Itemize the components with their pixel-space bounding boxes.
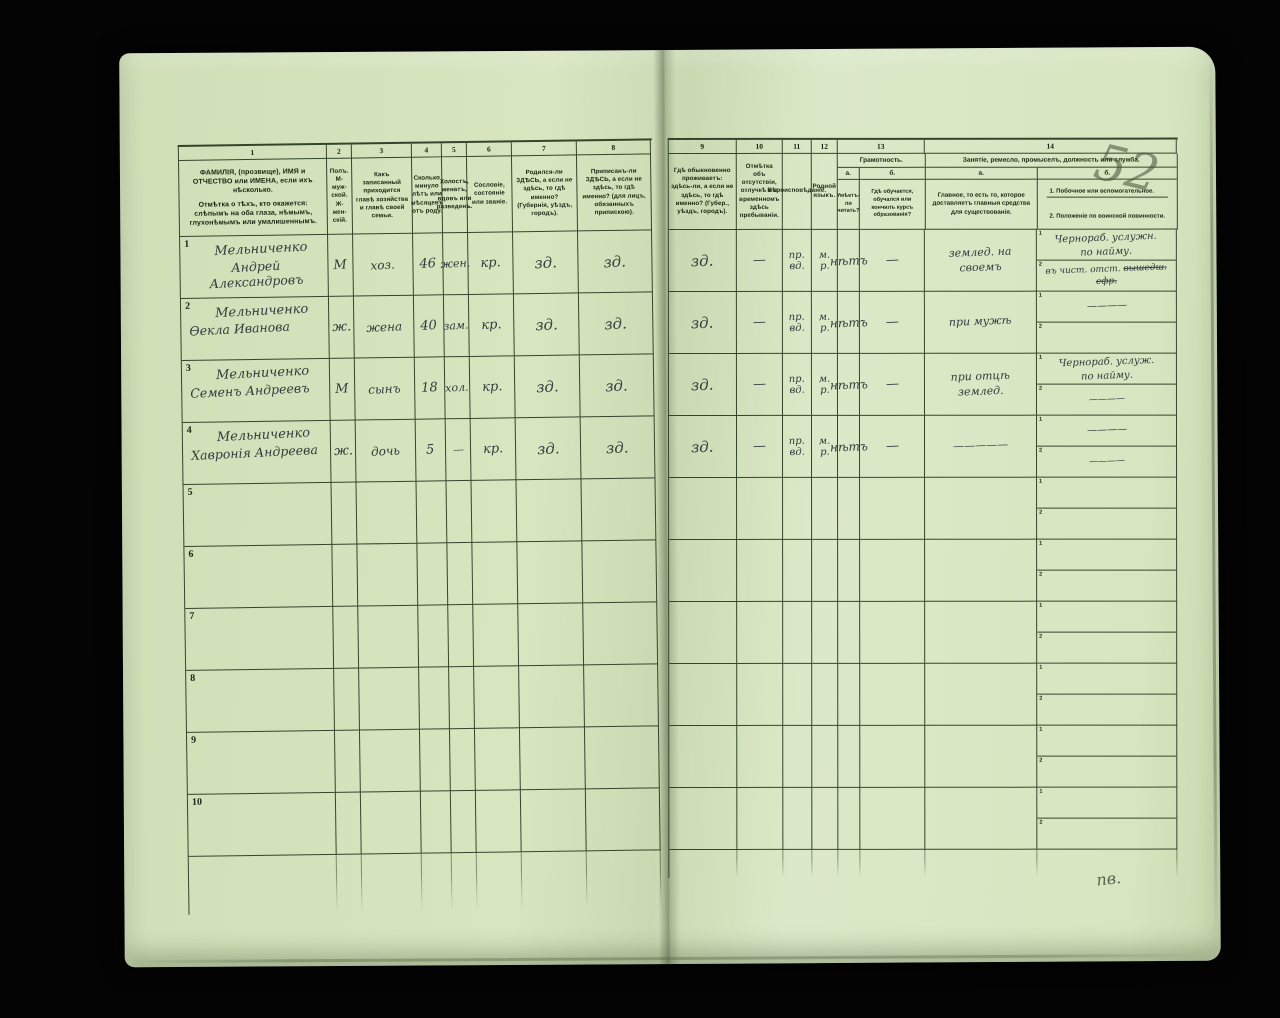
military-status-entry: ———— [1088,455,1124,468]
registration-cell: зд. [579,292,654,355]
pencil-annotation-bottom: пв. [1095,868,1122,890]
birthplace-cell: зд. [513,231,579,294]
registration-entry: зд. [606,438,629,457]
side-occupation-group: 1Чернораб. услужн. по найму. 2въ чист. о… [1037,230,1177,292]
name-cell: 6 [184,545,333,609]
col-number: 2 [327,145,352,159]
military-status-entry: ———— [1088,393,1124,406]
name-cell: 5 [184,483,333,547]
residence-cell [669,726,737,788]
relation-cell: дочь [356,420,417,483]
school-cell: — [860,230,925,292]
table-row: 12 [669,664,1178,726]
relation-entry: жена [366,319,402,335]
givenname-entry: Ѳекла Иванова [189,319,290,339]
sub-number-1: 1 [1039,789,1042,795]
military-status-part1: въ чист. отст. [1045,264,1120,277]
name-cell: 10 [188,793,337,857]
language-cell [812,540,838,602]
reads-cell [838,540,860,602]
religion-cell: пр. вд. [783,292,812,354]
absence-cell: — [737,354,783,416]
sub-number-1: 1 [1039,541,1042,547]
estate-cell [476,790,522,853]
sex-cell: ж. [331,421,357,483]
row-number: 8 [190,673,195,684]
sub-number-2: 2 [1039,386,1042,392]
residence-entry: зд. [691,437,714,456]
sex-cell [333,607,359,669]
table-row: 7 [185,602,659,671]
school-cell [860,726,925,788]
language-cell [812,602,838,664]
estate-cell [473,604,519,667]
table-row: 2МельниченкоѲекла Иванова ж. жена 40 зам… [181,292,655,361]
givenname-entry: Хавронія Андреева [191,442,318,463]
school-cell [860,540,925,602]
sub-number-1: 1 [1039,231,1042,237]
sex-cell: ж. [329,297,355,359]
sex-entry: ж. [332,319,352,335]
religion-cell [783,602,812,664]
residence-cell [669,664,737,726]
table-row: 10 [188,788,662,857]
main-occupation-cell: при мужѣ [925,292,1037,354]
age-cell: 18 [415,357,446,419]
row-number: 9 [191,735,196,746]
religion-entry: пр. вд. [789,435,806,458]
reads-cell: нѣтъ [838,292,860,354]
residence-entry: зд. [691,313,714,332]
military-status-cell: 2———— [1037,446,1176,477]
marital-entry: зам. [443,319,469,333]
col-number: 10 [737,140,783,154]
estate-entry: кр. [480,255,501,271]
birthplace-entry: зд. [536,377,559,396]
absence-cell: — [737,230,783,292]
marital-cell [450,729,476,791]
census-book-spread: 1 2 3 4 5 6 7 8 ФАМИЛІЯ, (прозвище), ИМЯ… [119,47,1221,968]
table-row: 5 [184,478,658,547]
col-number: 5 [442,143,467,157]
residence-entry: зд. [691,375,714,394]
relation-cell [360,730,421,793]
registration-entry: зд. [605,376,628,395]
residence-cell: зд. [669,354,737,416]
sub-number-1: 1 [1039,355,1042,361]
side-occupation-entry: ———— [1086,423,1126,438]
school-cell [860,664,925,726]
age-entry: 18 [421,380,438,396]
side-occupation-group: 12 [1037,478,1177,540]
relation-cell: сынъ [355,358,416,421]
marital-cell: жен. [443,233,469,295]
absence-cell [737,726,783,788]
marital-cell [447,543,473,605]
sub-number-2: 2 [1039,510,1042,516]
occupation-a-label: а. [926,168,1038,180]
estate-cell: кр. [471,418,517,481]
side-occupation-cell: 1 [1037,664,1176,694]
marital-cell [451,791,477,853]
relation-entry: хоз. [370,257,395,272]
table-row: зд. — пр. вд. м. р. нѣтъ — землед. на св… [669,230,1178,292]
col-number: 3 [352,144,412,159]
relation-cell [359,668,420,731]
age-cell: 5 [416,419,447,481]
sex-cell [335,731,361,793]
school-cell [860,602,925,664]
table-row: зд. — пр. вд. м. р. нѣтъ — ————— 1———— 2… [669,416,1178,478]
row-number: 10 [192,797,202,808]
estate-entry: кр. [483,441,504,457]
sub-number-1: 1 [1039,603,1042,609]
table-row: зд. — пр. вд. м. р. нѣтъ — при отцѣ земл… [669,354,1178,416]
language-cell [812,664,838,726]
side-occupation-cell: 1———— [1037,292,1176,322]
relation-entry: дочь [371,443,400,458]
main-occupation-cell [925,478,1037,540]
main-occupation-entry: ————— [953,438,1008,455]
school-entry: — [885,315,899,330]
residence-cell: зд. [669,230,737,292]
birthplace-cell [521,789,587,852]
birthplace-entry: зд. [534,253,557,272]
school-cell: — [860,292,925,354]
military-status-part1: ———— [1088,394,1124,405]
marital-cell [447,481,473,543]
col-number: 6 [467,142,512,157]
residence-cell [669,788,737,850]
military-status-part1: ———— [1088,456,1124,467]
side-occupation-cell: 1Чернораб. услужн. по найму. [1037,230,1176,260]
residence-cell [669,540,737,602]
census-table-right: 9 10 11 12 13 14 Гдѣ обыкновенно прожива… [668,138,1179,878]
birthplace-cell [518,603,584,666]
reads-cell [838,602,860,664]
sex-entry: М [335,381,349,397]
side-occupation-group: 12 [1037,540,1177,602]
sub-number-2: 2 [1039,572,1042,578]
header-language: Родной языкъ. [812,154,838,230]
sex-cell [334,669,360,731]
table-row: 4МельниченкоХавронія Андреева ж. дочь 5 … [183,416,657,485]
estate-cell [472,542,518,605]
reads-cell [838,664,860,726]
age-cell [418,605,449,667]
main-occupation-cell [925,664,1037,726]
birthplace-entry: зд. [535,315,558,334]
page-stack-edge-right [1209,57,1217,934]
main-occupation-cell [925,788,1037,850]
absence-entry: — [753,253,767,268]
relation-cell [357,544,418,607]
side-occupation-cell: 1 [1037,540,1176,570]
registration-cell [585,726,660,789]
estate-entry: кр. [482,379,503,395]
military-status-cell: 2 [1037,508,1176,539]
marital-cell [449,667,475,729]
absence-entry: — [753,377,767,392]
language-cell [812,788,838,850]
reads-cell: нѣтъ [838,354,860,416]
birthplace-cell [516,479,582,542]
literacy-a-label: а. [838,168,860,180]
registration-cell [584,664,659,727]
military-status-entry: въ чист. отст. вышедш. ефр. [1036,261,1176,290]
main-occupation-cell: при отцѣ землед. [925,354,1037,416]
religion-cell: пр. вд. [783,230,812,292]
side-occupation-cell: 1 [1037,788,1176,818]
school-entry: — [885,253,899,268]
table-row: 8 [186,664,660,733]
registration-cell [586,788,661,851]
residence-cell [669,602,737,664]
header-name-line2: Отмѣтка о тѣхъ, кто окажется: слѣпымъ на… [182,198,325,227]
header-relation: Какъ записанный приходится главѣ хозяйст… [352,158,413,235]
main-occupation-cell [925,602,1037,664]
school-entry: — [885,377,899,392]
sex-entry: М [333,257,347,273]
table-row: 12 [669,540,1178,602]
side-occupation-entry: ———— [1086,299,1126,314]
side-occupation-cell: 1 [1037,726,1176,756]
registration-cell [581,478,656,541]
language-cell [812,726,838,788]
absence-entry: — [753,315,767,330]
age-cell: 40 [414,295,445,357]
col-number: 7 [512,141,577,156]
estate-cell [471,480,517,543]
reads-cell: нѣтъ [838,230,860,292]
main-occupation-entry: при мужѣ [949,314,1012,331]
religion-entry: пр. вд. [789,373,806,396]
table-row: 12 [669,726,1178,788]
registration-cell: зд. [578,230,653,293]
side-occupation-entry: Чернораб. услуж. по найму. [1058,353,1155,383]
reads-entry: нѣтъ [829,315,867,330]
military-status-cell: 2 [1037,570,1176,601]
side-occupation-group: 1Чернораб. услуж. по найму. 2———— [1037,354,1177,416]
ruling-extension [189,850,663,915]
reads-cell: нѣтъ [838,416,860,478]
military-status-cell: 2 [1037,818,1176,849]
name-cell: 1МельниченкоАндрей Александровъ [180,235,329,299]
absence-cell [737,602,783,664]
header-religion: Вѣроисповѣданіе. [783,154,812,230]
main-occupation-cell: ————— [925,416,1037,478]
main-occupation-cell [925,726,1037,788]
header-literacy-group: Грамотность. а. б. Умѣетъ-ли читать? Гдѣ… [838,154,926,230]
estate-cell: кр. [470,356,516,419]
registration-cell [583,602,658,665]
table-row: 12 [669,602,1178,664]
age-entry: 40 [420,318,437,334]
row-number: 6 [188,549,193,560]
name-cell: 4МельниченкоХавронія Андреева [183,421,332,485]
religion-cell [783,478,812,540]
name-cell: 8 [186,669,335,733]
side-occupation-group: 1———— 2 [1037,292,1177,354]
col-number: 9 [669,140,737,154]
birthplace-cell: зд. [514,293,580,356]
row-number: 1 [184,239,189,250]
header-registration: Приписанъ-ли ЗДѢСЬ, а если не здѣсь, то … [577,154,652,231]
language-entry: м. р. [818,435,830,457]
census-table-left: 1 2 3 4 5 6 7 8 ФАМИЛІЯ, (прозвище), ИМЯ… [178,138,663,915]
military-status-cell: 2 [1037,632,1176,663]
marital-entry: — [452,443,464,457]
estate-cell: кр. [469,294,515,357]
reads-cell [838,726,860,788]
literacy-b-label: б. [860,168,925,180]
row-number: 3 [186,363,191,374]
language-entry: м. р. [818,373,830,395]
age-cell [417,543,448,605]
military-status-cell: 2 [1037,756,1176,787]
sex-entry: ж. [333,443,353,459]
table-row: 12 [669,788,1178,850]
school-entry: — [885,439,899,454]
sub-number-2: 2 [1039,634,1042,640]
row-number: 2 [185,301,190,312]
side-occupation-entry: Чернораб. услужн. по найму. [1055,229,1158,260]
age-entry: 46 [419,256,436,272]
side-occupation-cell: 1 [1037,478,1176,508]
surname-entry: Мельниченко [215,302,309,322]
military-status-cell: 2въ чист. отст. вышедш. ефр. [1037,260,1176,291]
estate-cell: кр. [468,232,514,295]
occupation-a-text: Главное, то есть то, которое доставляетъ… [926,180,1038,229]
absence-cell: — [737,416,783,478]
row-number: 5 [188,487,193,498]
relation-cell: хоз. [353,234,414,297]
sex-cell [336,793,362,855]
name-cell: 9 [187,731,336,795]
side-occupation-cell: 1 [1037,602,1176,632]
reads-cell [838,788,860,850]
table-row: 9 [187,726,661,795]
reads-entry: нѣтъ [829,253,867,268]
col-number: 8 [577,140,651,155]
marital-cell: хол. [445,357,471,419]
table-row: зд. — пр. вд. м. р. нѣтъ — при мужѣ 1———… [669,292,1178,354]
religion-cell: пр. вд. [783,354,812,416]
absence-cell: — [737,292,783,354]
estate-cell [474,666,520,729]
reads-cell [838,478,860,540]
religion-cell [783,664,812,726]
col-number: 11 [783,140,812,154]
main-occupation-entry: землед. на своемъ [948,244,1012,276]
school-cell: — [860,354,925,416]
religion-cell [783,540,812,602]
table-row: 1МельниченкоАндрей Александровъ М хоз. 4… [180,230,654,299]
registration-cell: зд. [580,354,655,417]
marital-entry: хол. [445,381,469,395]
givenname-entry: Андрей Александровъ [188,256,324,293]
header-estate: Сословіе, состояніе или званіе. [467,156,513,233]
birthplace-cell [520,727,586,790]
marital-entry: жен. [440,256,470,270]
religion-entry: пр. вд. [789,311,806,334]
absence-cell [737,540,783,602]
literacy-title: Грамотность. [838,154,925,168]
sub-number-1: 1 [1039,293,1042,299]
relation-entry: сынъ [368,381,401,397]
name-cell: 3МельниченкоСеменъ Андреевъ [182,359,331,423]
table-row: 3МельниченкоСеменъ Андреевъ М сынъ 18 хо… [182,354,656,423]
sub-number-2: 2 [1039,820,1042,826]
school-cell [860,478,925,540]
main-occupation-cell [925,540,1037,602]
reads-entry: нѣтъ [829,439,867,454]
religion-entry: пр. вд. [788,249,805,272]
sex-cell: М [330,359,356,421]
relation-cell [361,792,422,855]
name-cell: 7 [185,607,334,671]
absence-entry: — [753,439,767,454]
military-status-cell: 2 [1037,322,1176,353]
header-name-column: ФАМИЛІЯ, (прозвище), ИМЯ и ОТЧЕСТВО или … [179,159,328,237]
sub-number-2: 2 [1039,696,1042,702]
absence-cell [737,664,783,726]
military-status-cell: 2 [1037,694,1176,725]
military-status-cell: 2———— [1037,384,1176,415]
age-entry: 5 [426,442,435,457]
residence-cell: зд. [669,292,737,354]
name-cell: 2МельниченкоѲекла Иванова [181,297,330,361]
sub-number-1: 1 [1039,479,1042,485]
givenname-entry: Семенъ Андреевъ [190,380,310,401]
row-number: 7 [189,611,194,622]
side-occupation-group: 12 [1037,602,1177,664]
sub-number-1: 1 [1039,727,1042,733]
sub-number-2: 2 [1039,448,1042,454]
sub-number-2: 2 [1039,324,1042,330]
marital-cell: — [446,419,472,481]
absence-cell [737,788,783,850]
relation-cell [357,482,418,545]
registration-entry: зд. [604,314,627,333]
age-cell [417,481,448,543]
col-number: 4 [412,143,442,157]
sex-cell [332,545,358,607]
age-cell [419,667,450,729]
literacy-b-text: Гдѣ обучается, обучался или кончилъ курс… [860,180,925,229]
school-cell [860,788,925,850]
occupation-b2-text: 2. Положеніе по воинской повинности. [1047,211,1169,221]
side-occupation-group: 12 [1037,664,1177,726]
header-sex: Полъ. М-муж-ской. Ж-жен-скій. [327,159,353,235]
header-residence: Гдѣ обыкновенно проживаетъ: здѣсь-ли, а … [669,154,737,230]
estate-entry: кр. [481,317,502,333]
header-marital: Холостъ, женатъ, вдовъ или разведенъ. [442,157,468,233]
residence-entry: зд. [691,251,714,270]
sex-cell [332,483,358,545]
registration-entry: зд. [603,252,626,271]
sub-number-1: 1 [1039,417,1042,423]
language-cell [812,478,838,540]
side-occupation-cell: 1Чернораб. услуж. по найму. [1037,354,1176,384]
marital-cell: зам. [444,295,470,357]
main-occupation-cell: землед. на своемъ [925,230,1037,292]
age-cell [420,729,451,791]
reads-entry: нѣтъ [829,377,867,392]
side-occupation-group: 12 [1037,726,1177,788]
birthplace-cell [519,665,585,728]
table-row: 12 [669,478,1178,540]
